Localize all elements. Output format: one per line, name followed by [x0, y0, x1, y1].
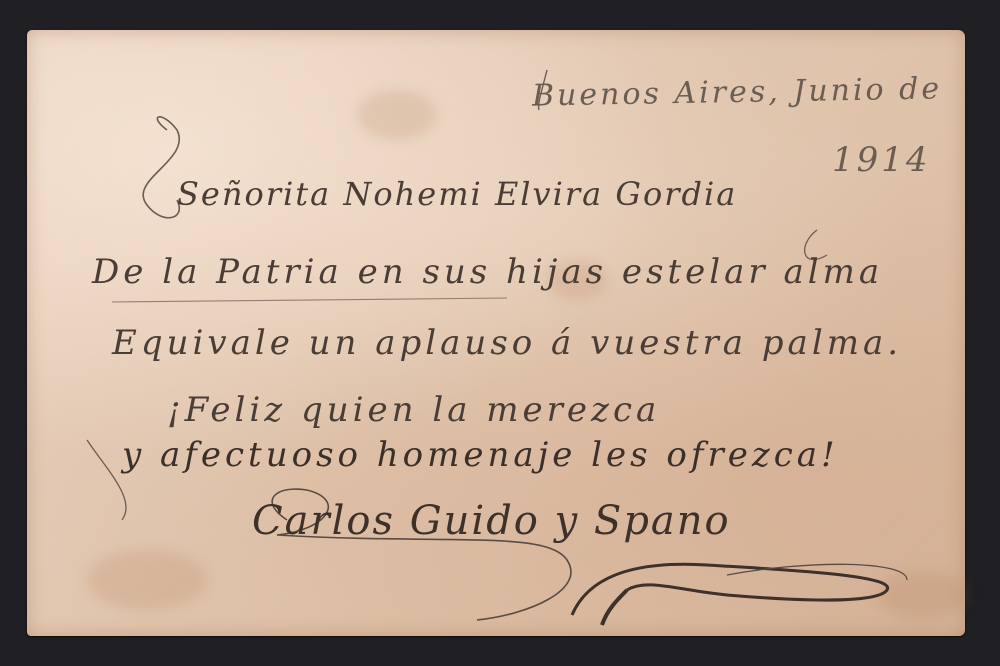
dateline: Buenos Aires, Junio de [532, 71, 943, 113]
paper-stain [87, 550, 207, 610]
verse-line-3: ¡Feliz quien la merezca [167, 390, 660, 430]
handwritten-card: Buenos Aires, Junio de 1914 Señorita Noh… [27, 30, 965, 636]
verse-line-4: y afectuoso homenaje les ofrezca! [122, 435, 839, 475]
year: 1914 [832, 140, 931, 180]
salutation: Señorita Nohemi Elvira Gordia [177, 175, 737, 213]
verse-line-2: Equivale un aplauso á vuestra palma. [112, 323, 902, 363]
paper-stain [877, 570, 967, 620]
signature: Carlos Guido y Spano [252, 498, 731, 544]
verse-line-1: De la Patria en sus hijas estelar alma [92, 252, 883, 292]
paper-stain [357, 90, 437, 140]
